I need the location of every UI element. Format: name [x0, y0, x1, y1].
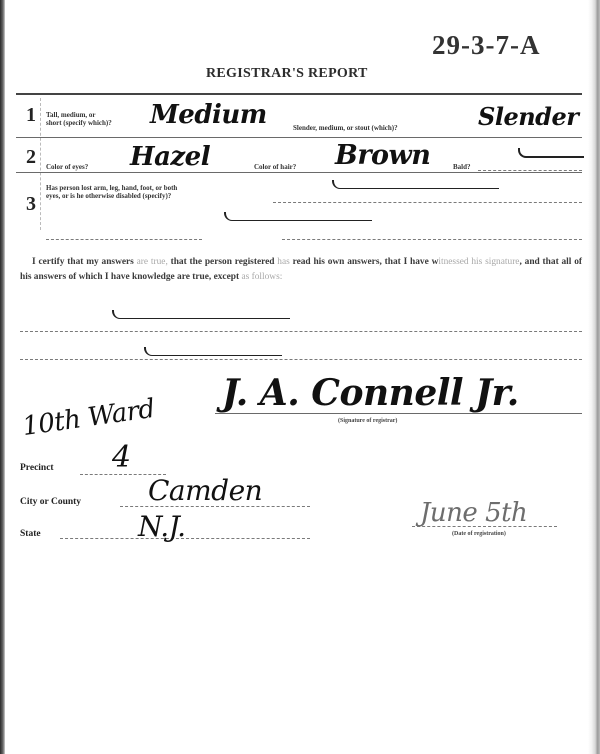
bald-answer-dash [518, 148, 584, 158]
hair-color-label: Color of hair? [254, 163, 296, 171]
bald-answer-line [478, 170, 582, 171]
precinct-value: 4 [112, 440, 131, 475]
height-answer: Medium [150, 100, 267, 130]
question-1-label: Tall, medium, or short (specify which)? [46, 111, 112, 127]
exception-line-1 [20, 331, 582, 332]
bald-label: Bald? [453, 163, 471, 171]
section-divider-left [46, 239, 202, 240]
state-label: State [20, 529, 41, 539]
ward-annotation: 10th Ward [21, 394, 157, 442]
build-label: Slender, medium, or stout (which)? [293, 124, 398, 132]
state-value: N.J. [138, 510, 186, 543]
document-title: REGISTRAR'S REPORT [206, 66, 368, 82]
eye-color-answer: Hazel [130, 142, 210, 172]
question-number-3: 3 [26, 193, 36, 216]
scan-left-edge [0, 0, 5, 754]
serial-number: 29-3-7-A [432, 30, 540, 61]
question-1-label-line2: short (specify which)? [46, 119, 112, 127]
disability-answer-line [273, 202, 582, 203]
date-caption: (Date of registration) [452, 531, 506, 537]
disability-label-line1: Has person lost arm, leg, hand, foot, or… [46, 184, 177, 192]
signature-caption: (Signature of registrar) [338, 418, 397, 424]
city-label: City or County [20, 497, 81, 507]
question-1-label-line1: Tall, medium, or [46, 111, 112, 119]
eye-color-label: Color of eyes? [46, 163, 88, 171]
build-answer: Slender [478, 102, 578, 131]
scan-right-edge [588, 0, 600, 754]
row-margin-line [40, 98, 41, 230]
city-value: Camden [148, 474, 262, 507]
row-1-divider [16, 137, 582, 138]
row-2-divider [16, 172, 582, 173]
exception-line-2 [20, 359, 582, 360]
registration-date: June 5th [420, 498, 527, 528]
disability-answer-dash-2 [224, 212, 372, 221]
question-number-2: 2 [26, 146, 36, 169]
disability-label-line2: eyes, or is he otherwise disabled (speci… [46, 192, 177, 200]
exception-dash-2 [144, 347, 282, 356]
precinct-label: Precinct [20, 463, 54, 473]
header-divider [16, 93, 582, 95]
question-number-1: 1 [26, 104, 36, 127]
exception-dash-1 [112, 310, 290, 319]
hair-color-answer: Brown [335, 140, 430, 171]
certification-text: I certify that my answers are true, that… [20, 255, 582, 285]
registrar-signature: J. A. Connell Jr. [222, 372, 519, 414]
section-divider-right [282, 239, 582, 240]
disability-label: Has person lost arm, leg, hand, foot, or… [46, 184, 177, 200]
disability-answer-dash-1 [332, 180, 499, 189]
